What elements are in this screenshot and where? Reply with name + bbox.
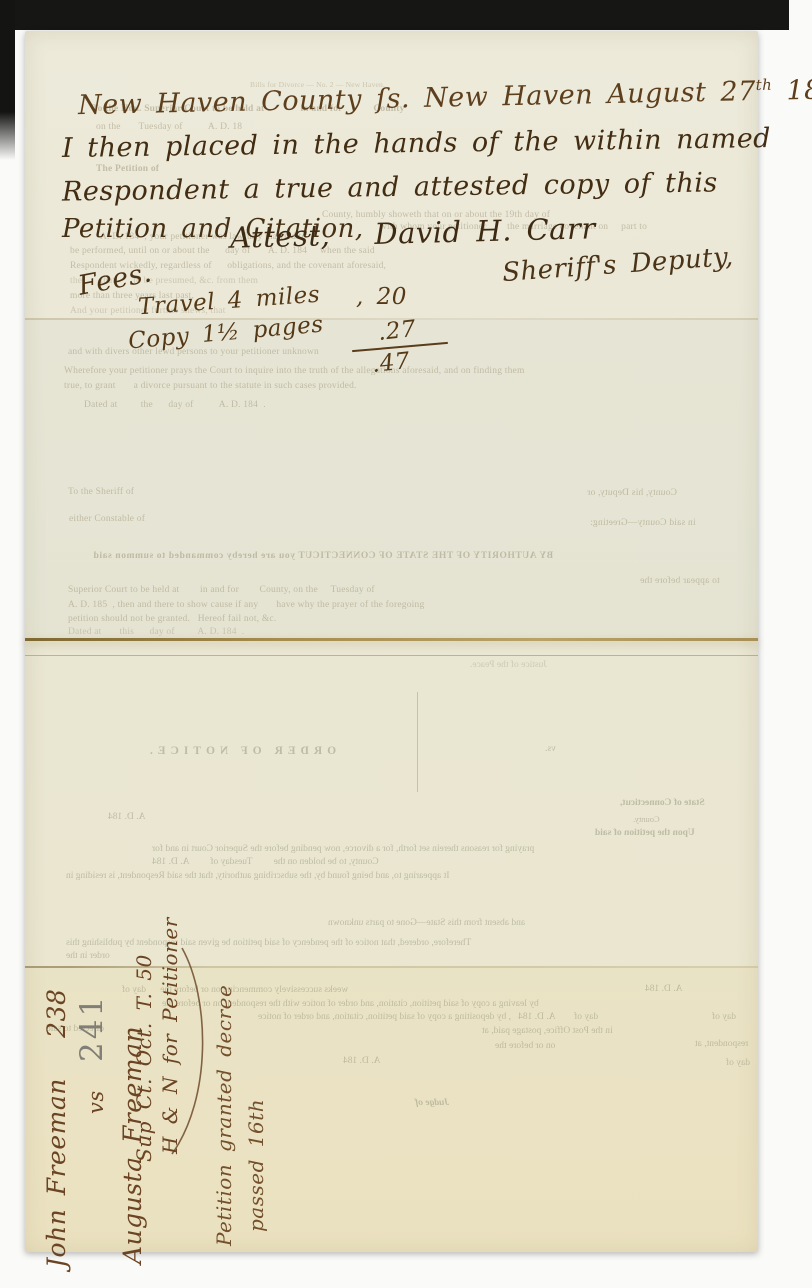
- docket-number-pencil: 241: [74, 994, 110, 1062]
- fold-crease-main-echo: [25, 655, 758, 656]
- return-line-1-superscript: th: [756, 76, 773, 94]
- fee-total-amount: .47: [371, 348, 412, 378]
- print-post-office: in the Post Office, postage paid, at: [482, 1026, 613, 1036]
- print-true-to-grant: true, to grant a divorce pursuant to the…: [64, 381, 357, 391]
- print-petition-of: The Petition of: [96, 164, 159, 174]
- print-depositing: day of A. D. 184 , by depositing a copy …: [258, 1012, 598, 1022]
- print-day-of-b: day of: [726, 1058, 750, 1068]
- print-ad184-a: A. D. 184: [108, 812, 145, 822]
- print-justice-peace: Justice of the Peace.: [470, 660, 547, 670]
- print-vs: vs.: [545, 744, 556, 754]
- docket-brace-line: [168, 946, 214, 1158]
- print-upon-petition: Upon the petition of said: [595, 828, 695, 838]
- return-line-1-year: 1850: [786, 74, 812, 106]
- print-order-in-the: order in the: [66, 951, 110, 961]
- print-on-or-before: on or before the: [495, 1041, 555, 1051]
- fee-travel-amount: , 20: [356, 284, 407, 310]
- print-order-of-notice-heading: ORDER OF NOTICE.: [145, 745, 336, 757]
- print-greeting: in said County—Greeting:: [590, 518, 696, 528]
- docket-disposition-2: passed 16th: [244, 1099, 268, 1232]
- print-appear-before: to appear before the: [640, 576, 720, 586]
- print-deputy-or: County, his Deputy, or: [587, 488, 677, 498]
- scan-edge-left: [0, 0, 15, 160]
- print-sheriff-of: To the Sheriff of: [68, 487, 134, 497]
- fee-copy-amount: .27: [377, 316, 418, 346]
- print-constable-of: either Constable of: [69, 514, 145, 524]
- print-praying: praying for reasons therein set forth, f…: [152, 844, 534, 854]
- print-gone-unknown: and absent from this State—Gone to parts…: [328, 918, 525, 928]
- docket-party1: John Freeman 238: [42, 989, 71, 1268]
- print-ad184-c: A. D. 184: [343, 1056, 380, 1066]
- print-county: County.: [633, 814, 660, 824]
- print-respondent-at: respondent, at: [695, 1039, 748, 1049]
- print-citation-court: Superior Court to be held at in and for …: [68, 585, 375, 595]
- print-show-cause: A. D. 185 , then and there to show cause…: [68, 600, 424, 610]
- print-therefore: Therefore, ordered, that notice of the p…: [66, 938, 471, 948]
- print-ad184-b: A. D. 184: [645, 984, 682, 994]
- print-state-of-ct: State of Connecticut,: [620, 798, 705, 808]
- print-wherefore: Wherefore your petitioner prays the Cour…: [64, 366, 525, 376]
- print-fail-not: petition should not be granted. Hereof f…: [68, 614, 276, 624]
- print-citation-dated: Dated at this day of A. D. 184 .: [68, 627, 244, 637]
- docket-disposition-1: Petition granted decree: [212, 985, 236, 1246]
- scan-edge-top: [0, 0, 789, 30]
- print-dated-at: Dated at the day of A. D. 184 .: [84, 400, 684, 410]
- form-vertical-rule: [417, 692, 418, 792]
- docket-court-term: Sup Ct. Oct. T. 50: [132, 954, 156, 1162]
- print-judge-of: Judge of: [415, 1098, 449, 1108]
- docket-vs: vs: [84, 1090, 108, 1114]
- print-holden: County, to be holden on the Tuesday of A…: [152, 857, 379, 867]
- print-it-appearing: It appearing to, and being found by, the…: [66, 871, 449, 881]
- print-by-authority: BY AUTHORITY OF THE STATE OF CONNECTICUT…: [93, 551, 553, 561]
- scanned-document-page: Bills for Divorce — No. 2 — New Haven. T…: [0, 0, 812, 1288]
- fold-crease-main: [25, 638, 758, 641]
- print-day-of-a: day of: [712, 1012, 736, 1022]
